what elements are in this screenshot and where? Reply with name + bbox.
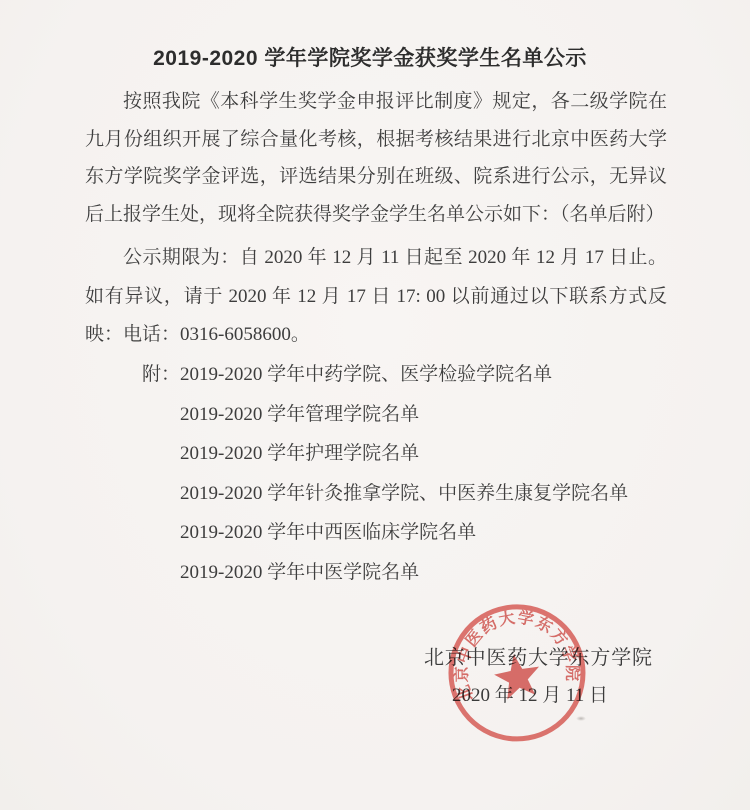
body-paragraph-2: 公示期限为：自 2020 年 12 月 11 日起至 2020 年 12 月 1…	[85, 239, 667, 355]
official-seal-graphic: 北京中医药大学东方学院	[442, 598, 592, 748]
attachment-item: 2019-2020 学年护理学院名单	[142, 434, 682, 474]
body-line: 东方学院奖学金评选，评选结果分别在班级、院系进行公示，无异议	[85, 158, 667, 196]
document-title: 2019-2020 学年学院奖学金获奖学生名单公示	[0, 42, 740, 72]
star-icon	[491, 650, 543, 701]
attachment-list: 附： 2019-2020 学年中药学院、医学检验学院名单 2019-2020 学…	[142, 355, 682, 593]
attachment-item: 2019-2020 学年中医学院名单	[142, 553, 682, 593]
body-line: 映：电话：0316-6058600。	[85, 316, 667, 355]
body-line: 如有异议，请于 2020 年 12 月 17 日 17: 00 以前通过以下联系…	[85, 278, 667, 317]
attachment-first-line: 附： 2019-2020 学年中药学院、医学检验学院名单	[142, 355, 682, 395]
body-paragraph-1: 按照我院《本科学生奖学金申报评比制度》规定，各二级学院在 九月份组织开展了综合量…	[85, 83, 667, 233]
attachment-item: 2019-2020 学年针灸推拿学院、中医养生康复学院名单	[142, 474, 682, 514]
attachment-label: 附：	[142, 355, 180, 395]
scanned-announcement-page: 2019-2020 学年学院奖学金获奖学生名单公示 按照我院《本科学生奖学金申报…	[0, 0, 750, 810]
scan-speck	[576, 716, 586, 721]
body-line: 九月份组织开展了综合量化考核，根据考核结果进行北京中医药大学	[85, 121, 667, 159]
body-line: 按照我院《本科学生奖学金申报评比制度》规定，各二级学院在	[85, 83, 667, 121]
attachment-item: 2019-2020 学年中西医临床学院名单	[142, 513, 682, 553]
body-line: 后上报学生处，现将全院获得奖学金学生名单公示如下：（名单后附）	[85, 196, 667, 234]
attachment-item: 2019-2020 学年中药学院、医学检验学院名单	[180, 355, 552, 395]
attachment-item: 2019-2020 学年管理学院名单	[142, 395, 682, 435]
official-seal: 北京中医药大学东方学院	[442, 598, 592, 748]
body-line: 公示期限为：自 2020 年 12 月 11 日起至 2020 年 12 月 1…	[85, 239, 667, 278]
